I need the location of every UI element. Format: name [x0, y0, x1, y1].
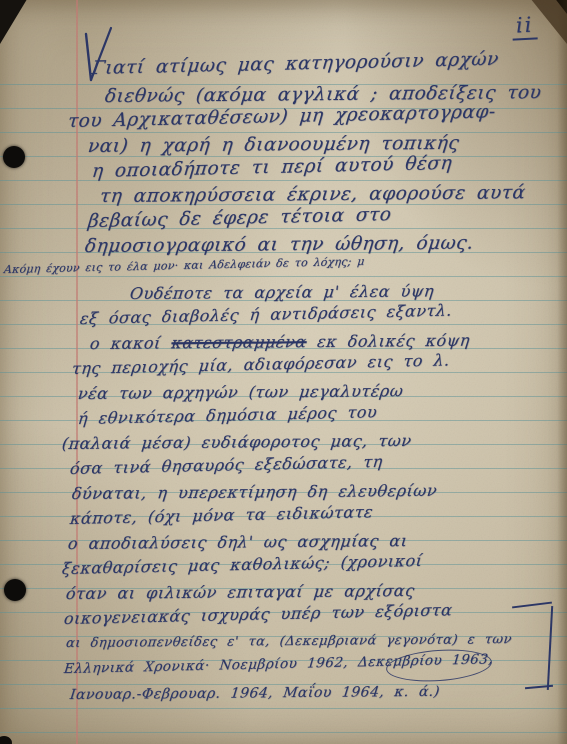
handwriting-line-with-strikethrough: ο κακοί κατεστραμμένα εκ δολικές κόψη	[89, 331, 471, 353]
handwriting-line: δημοσιογραφικό αι την ώθηση, όμως.	[84, 233, 475, 257]
strikethrough-word: κατεστραμμένα	[170, 332, 307, 352]
handwriting-line: τη αποκηρύσσεια έκρινε, αφορούσε αυτά	[99, 182, 527, 207]
manuscript-page: ii Γιατί ατίμως μας κατηγορούσιν αρχών δ…	[0, 0, 567, 744]
handwriting-line: όταν αι φιλικών επιταγαί με αρχίσας	[65, 581, 416, 603]
handwriting-line: Ιανουαρ.-Φεβρουαρ. 1964, Μαΐου 1964, κ. …	[69, 684, 441, 703]
handwriting-line: ο αποδιαλύσεις δηλ' ως ασχημίας αι	[67, 531, 409, 553]
handwriting-line: Ουδέποτε τα αρχεία μ' έλεα ύψη	[129, 281, 435, 303]
handwriting-line: Γιατί ατίμως μας κατηγορούσιν αρχών	[91, 49, 500, 79]
page-number: ii	[511, 12, 538, 40]
torn-corner-top-left	[0, 0, 34, 50]
page-edge-shadow	[557, 0, 567, 744]
line-text: ο κακοί	[89, 333, 173, 353]
handwriting-line: νέα των αρχηγών (των μεγαλυτέρω	[77, 381, 405, 403]
handwriting-line: δύναται, η υπερεκτίμηση δη ελευθερίων	[71, 481, 438, 503]
mark-bottom-left	[0, 736, 12, 744]
hole-punch-bottom	[4, 579, 26, 601]
handwriting-line: (παλαιά μέσα) ευδιάφοροτος μας, των	[61, 431, 413, 453]
hole-punch-top	[3, 146, 25, 168]
line-text: εκ δολικές κόψη	[306, 331, 471, 351]
